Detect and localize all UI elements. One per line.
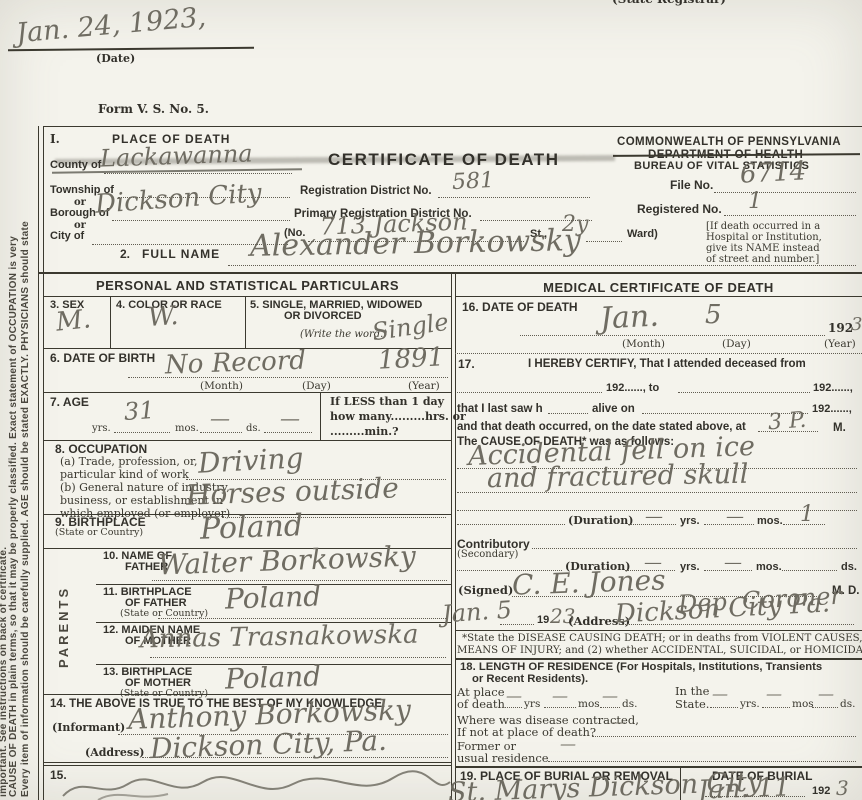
occupation-a-line2: particular kind of work <box>60 469 189 481</box>
sex-race-divider <box>110 296 111 348</box>
registration-district-value: 581 <box>451 169 494 194</box>
fullname-number: 2. <box>120 248 130 261</box>
at-place-label2: of death <box>457 698 505 710</box>
file-no-blank <box>714 192 856 193</box>
top-date-underline <box>8 47 254 52</box>
top-date-handwritten: Jan. 24, 1923, <box>15 4 207 49</box>
occupation-a-line1: (a) Trade, profession, or, <box>60 456 198 468</box>
mother-maiden-value-handwritten: Annas Trasnakowska <box>140 622 419 654</box>
section1-number: I. <box>50 133 60 146</box>
footnote-top-rule <box>455 630 862 631</box>
dod-blank-line <box>520 335 825 336</box>
duration2-yrs-label: yrs. <box>680 562 700 574</box>
dob-label: 6. DATE OF BIRTH <box>50 352 155 365</box>
dod-year-prefix: 192 <box>828 322 853 335</box>
res-blank6 <box>812 707 838 708</box>
mother-birthplace-value-handwritten: Poland <box>225 661 322 694</box>
age-mos-value-handwritten: — <box>210 408 230 429</box>
duration1-yrs-dash: — <box>645 508 663 527</box>
age-mos-label: mos. <box>175 424 199 435</box>
form-number: Form V. S. No. 5. <box>98 103 209 116</box>
birthplace-value-handwritten: Poland <box>199 510 303 545</box>
father-birthplace-value-handwritten: Poland <box>225 581 322 614</box>
res-dash3: — <box>602 688 618 705</box>
race-marital-divider <box>245 296 246 348</box>
death-occurred-blank <box>758 431 818 432</box>
footnote-bottom-rule <box>455 658 862 660</box>
informant-address-label: (Address) <box>85 747 145 759</box>
res-blank1 <box>502 707 522 708</box>
last-saw-blank1 <box>548 413 588 414</box>
secondary-label: (Secondary) <box>457 550 518 561</box>
duration1-mos-dash: — <box>726 508 744 527</box>
death-occurred-label: and that death occurred, on the date sta… <box>457 421 746 433</box>
file-no-value: 6714 <box>739 158 807 189</box>
informant-address-value-handwritten: Dickson City, Pa. <box>150 726 388 764</box>
in-the-label: In the <box>675 685 709 697</box>
res-blank4 <box>710 707 738 708</box>
row-rule-15b <box>44 765 451 766</box>
row-rule-age <box>44 440 451 441</box>
form-left-border-outer <box>38 126 39 800</box>
footnote-line1: *State the DISEASE CAUSING DEATH; or in … <box>462 634 862 645</box>
fullname-label: FULL NAME <box>142 248 220 261</box>
burial-year-handwritten: 3 <box>836 778 849 799</box>
dob-month-label: (Month) <box>200 381 243 392</box>
res-mos-label: mos <box>578 699 600 710</box>
dob-year-handwritten: 1891 <box>377 344 445 375</box>
occupation-b-value-handwritten: Horses outside <box>186 473 400 510</box>
signed-value-handwritten: C. E. Jones <box>512 565 666 600</box>
row-rule-dob <box>44 392 451 393</box>
res-dash4: — <box>712 686 728 703</box>
dod-year-label: (Year) <box>824 339 856 350</box>
res-blank2 <box>544 707 576 708</box>
age-note-line2: how many.........hrs. or <box>330 411 466 423</box>
res-yrs-label: yrs <box>524 699 540 710</box>
margin-note-line1: Every item of information should be care… <box>20 221 31 797</box>
medical-title: MEDICAL CERTIFICATE OF DEATH <box>455 281 862 295</box>
handwriting-scribble <box>58 770 453 800</box>
duration1-label: (Duration) <box>568 515 633 527</box>
contributory-blank <box>532 548 857 549</box>
hospital-note-line3: give its NAME instead <box>706 244 820 255</box>
age-note-divider <box>320 392 321 440</box>
dod-day-label: (Day) <box>722 339 751 350</box>
age-note-line3: .........min.? <box>330 426 399 438</box>
duration1-yrs-label: yrs. <box>680 516 700 528</box>
state-registrar-label: (State Registrar) <box>612 0 726 6</box>
age-ds-blank <box>264 432 312 433</box>
cause-line2-handwritten: and fractured skull <box>487 461 749 494</box>
dob-blank-line <box>128 377 448 378</box>
borough-blank-line <box>112 220 290 221</box>
burial-date-blank <box>705 796 805 797</box>
form-top-border <box>44 126 862 127</box>
column-divider-left <box>451 274 452 800</box>
top-date-label: (Date) <box>96 53 135 65</box>
age-label: 7. AGE <box>50 396 89 409</box>
registered-no-blank <box>724 215 856 216</box>
last-saw-192c: 192......, <box>812 404 852 416</box>
res-dash5: — <box>766 686 782 703</box>
age-mos-blank <box>200 432 242 433</box>
res-ds-label: ds. <box>622 699 637 710</box>
certify-192b: 192......, <box>813 383 853 395</box>
personal-title-rule <box>44 296 451 297</box>
header-bottom-rule <box>38 272 862 274</box>
contracted-dash: — <box>610 714 626 731</box>
marital-value-handwritten: Single <box>371 310 451 346</box>
duration1-lead-blank <box>457 524 565 525</box>
res-dash1: — <box>506 688 522 705</box>
signed-19-prefix: 19 <box>537 615 549 627</box>
signed-date-blank <box>500 624 534 625</box>
age-yrs-blank <box>114 432 170 433</box>
duration2-mos-label: mos. <box>756 562 782 574</box>
duration2-mos-dash: — <box>724 554 742 573</box>
registered-no-value: 1 <box>748 190 762 213</box>
dob-day-label: (Day) <box>302 381 331 392</box>
borough-value-handwritten: Dickson City <box>94 180 262 219</box>
row-rule-15a <box>44 762 451 763</box>
fullname-value-handwritten: Alexander Borkowsky <box>250 225 581 262</box>
dod-label: 16. DATE OF DEATH <box>462 301 578 314</box>
registered-no-label: Registered No. <box>637 203 722 216</box>
dod-bottom-rule <box>455 353 862 354</box>
mother-maiden-blank <box>150 657 446 658</box>
form-left-border-inner <box>43 126 44 800</box>
death-occurred-m-label: M. <box>833 422 846 434</box>
fullname-blank-line <box>228 265 856 266</box>
dod-day-handwritten: 5 <box>705 302 722 329</box>
death-certificate-scan: Jan. 24, 1923, (Date) (State Registrar) … <box>0 0 862 800</box>
sex-value-handwritten: M. <box>55 306 93 337</box>
burial-top-rule <box>455 766 862 768</box>
signed-label: (Signed) <box>458 584 513 596</box>
age-yrs-label: yrs. <box>92 424 111 435</box>
dob-year-label: (Year) <box>408 381 440 392</box>
duration2-blank3 <box>782 570 837 571</box>
hospital-note-line2: Hospital or Institution, <box>706 233 822 244</box>
city-label: City of <box>50 231 84 243</box>
res-blank5 <box>762 707 790 708</box>
birthplace-hint: (State or Country) <box>55 528 143 538</box>
registration-district-blank <box>438 197 590 198</box>
state-label: State. <box>675 698 709 710</box>
former-label-line2: usual residence <box>457 752 549 764</box>
last-saw-label2: alive on <box>592 403 635 415</box>
duration1-mos-label: mos. <box>757 516 783 528</box>
res-yrs2-label: yrs. <box>740 699 760 710</box>
occupation-label: 8. OCCUPATION <box>55 443 147 456</box>
parents-vertical-label: PARENTS <box>56 586 71 668</box>
dod-month-label: (Month) <box>622 339 665 350</box>
father-name-value-handwritten: Walter Borkowsky <box>158 542 417 580</box>
certificate-title: CERTIFICATE OF DEATH <box>328 151 559 169</box>
informant-label: (Informant) <box>52 722 125 734</box>
res-mos2-label: mos <box>792 699 814 710</box>
age-yrs-value-handwritten: 31 <box>123 398 155 425</box>
certify-blank2 <box>678 392 810 393</box>
age-ds-label: ds. <box>246 424 261 435</box>
res-dash2: — <box>552 688 568 705</box>
margin-note-line3: important. See instructions on back of c… <box>0 547 9 797</box>
dod-year-handwritten: 3 <box>851 316 862 335</box>
former-blank <box>548 761 856 762</box>
marital-label-line2: OR DIVORCED <box>284 311 362 323</box>
file-no-label: File No. <box>670 179 713 192</box>
res-blank3 <box>600 707 620 708</box>
burial-192-prefix: 192 <box>812 786 830 798</box>
certify-intro: I HEREBY CERTIFY, That I attended deceas… <box>528 358 806 370</box>
ward-blank-line <box>586 241 622 242</box>
medical-title-rule <box>455 296 862 297</box>
color-race-value-handwritten: W. <box>147 303 179 332</box>
age-ds-value-handwritten: — <box>280 408 300 429</box>
certify-number: 17. <box>458 358 475 371</box>
dob-value-handwritten: No Record <box>165 348 307 380</box>
duration1-value-handwritten: 1 <box>800 503 814 526</box>
county-blank-line <box>104 173 292 174</box>
former-dash: — <box>560 736 576 753</box>
margin-note-line2: CAUSE OF DEATH in plain terms, so that i… <box>8 236 19 797</box>
registration-district-label: Registration District No. <box>300 185 432 197</box>
cause-blank2 <box>457 492 857 493</box>
hospital-note-line1: [If death occurred in a <box>706 222 820 233</box>
certify-blank1 <box>457 392 602 393</box>
county-value-handwritten: Lackawanna <box>100 141 253 171</box>
contracted-blank <box>592 736 856 737</box>
footnote-line2: MEANS OF INJURY; and (2) whether ACCIDEN… <box>457 646 862 657</box>
ward-label: Ward) <box>627 229 658 241</box>
commonwealth-line: COMMONWEALTH OF PENNSYLVANIA <box>617 136 841 148</box>
occupation-a-value-handwritten: Driving <box>197 443 304 478</box>
hospital-note-line4: of street and number.] <box>706 255 819 266</box>
certify-192a: 192......, to <box>606 383 659 395</box>
res-ds2-label: ds. <box>840 699 855 710</box>
last-saw-label1: that I last saw h <box>457 403 543 415</box>
personal-title: PERSONAL AND STATISTICAL PARTICULARS <box>44 279 451 293</box>
dod-month-handwritten: Jan. <box>599 300 659 335</box>
res-dash6: — <box>818 686 834 703</box>
age-note-line1: If LESS than 1 day <box>330 396 444 408</box>
duration2-ds-label: ds. <box>841 562 857 574</box>
county-label: County of <box>50 160 101 172</box>
